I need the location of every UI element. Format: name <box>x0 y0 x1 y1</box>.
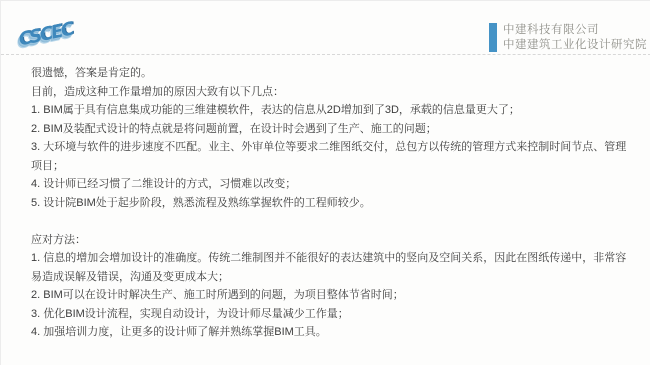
cause-item-1: 1. BIM属于具有信息集成功能的三维建模软件，表达的信息从2D增加到了3D，承… <box>31 101 631 120</box>
org-accent-bar <box>489 23 497 52</box>
intro-line-1: 很遗憾，答案是肯定的。 <box>31 64 631 83</box>
methods-heading: 应对方法： <box>31 231 631 250</box>
org-names: 中建科技有限公司 中建建筑工业化设计研究院 <box>503 23 647 52</box>
method-item-4: 4. 加强培训力度，让更多的设计师了解并熟练掌握BIM工具。 <box>31 323 631 342</box>
cscec-logo-text: CSCEC <box>17 19 74 51</box>
cause-item-4: 4. 设计师已经习惯了二维设计的方式，习惯难以改变； <box>31 175 631 194</box>
cause-item-3: 3. 大环境与软件的进步速度不匹配。业主、外审单位等要求二维图纸交付，总包方以传… <box>31 138 631 175</box>
section-spacer <box>31 212 631 231</box>
cause-item-5: 5. 设计院BIM处于起步阶段，熟悉流程及熟练掌握软件的工程师较少。 <box>31 194 631 213</box>
org-name-block: 中建科技有限公司 中建建筑工业化设计研究院 <box>489 23 647 52</box>
method-item-2: 2. BIM可以在设计时解决生产、施工时所遇到的问题，为项目整体节省时间； <box>31 286 631 305</box>
cause-item-2: 2. BIM及装配式设计的特点就是将问题前置，在设计时会遇到了生产、施工的问题； <box>31 120 631 139</box>
intro-line-2: 目前，造成这种工作量增加的原因大致有以下几点： <box>31 83 631 102</box>
slide-body: 很遗憾，答案是肯定的。 目前，造成这种工作量增加的原因大致有以下几点： 1. B… <box>31 64 631 342</box>
org-name-line1: 中建科技有限公司 <box>503 23 647 38</box>
cscec-logo: CSCEC <box>13 17 77 57</box>
presentation-slide: CSCEC 中建科技有限公司 中建建筑工业化设计研究院 很遗憾，答案是肯定的。 … <box>0 0 650 365</box>
header-divider <box>1 54 650 55</box>
method-item-1: 1. 信息的增加会增加设计的准确度。传统二维制图并不能很好的表达建筑中的竖向及空… <box>31 249 631 286</box>
org-name-line2: 中建建筑工业化设计研究院 <box>503 38 647 53</box>
method-item-3: 3. 优化BIM设计流程，实现自动设计，为设计师尽量减少工作量； <box>31 305 631 324</box>
